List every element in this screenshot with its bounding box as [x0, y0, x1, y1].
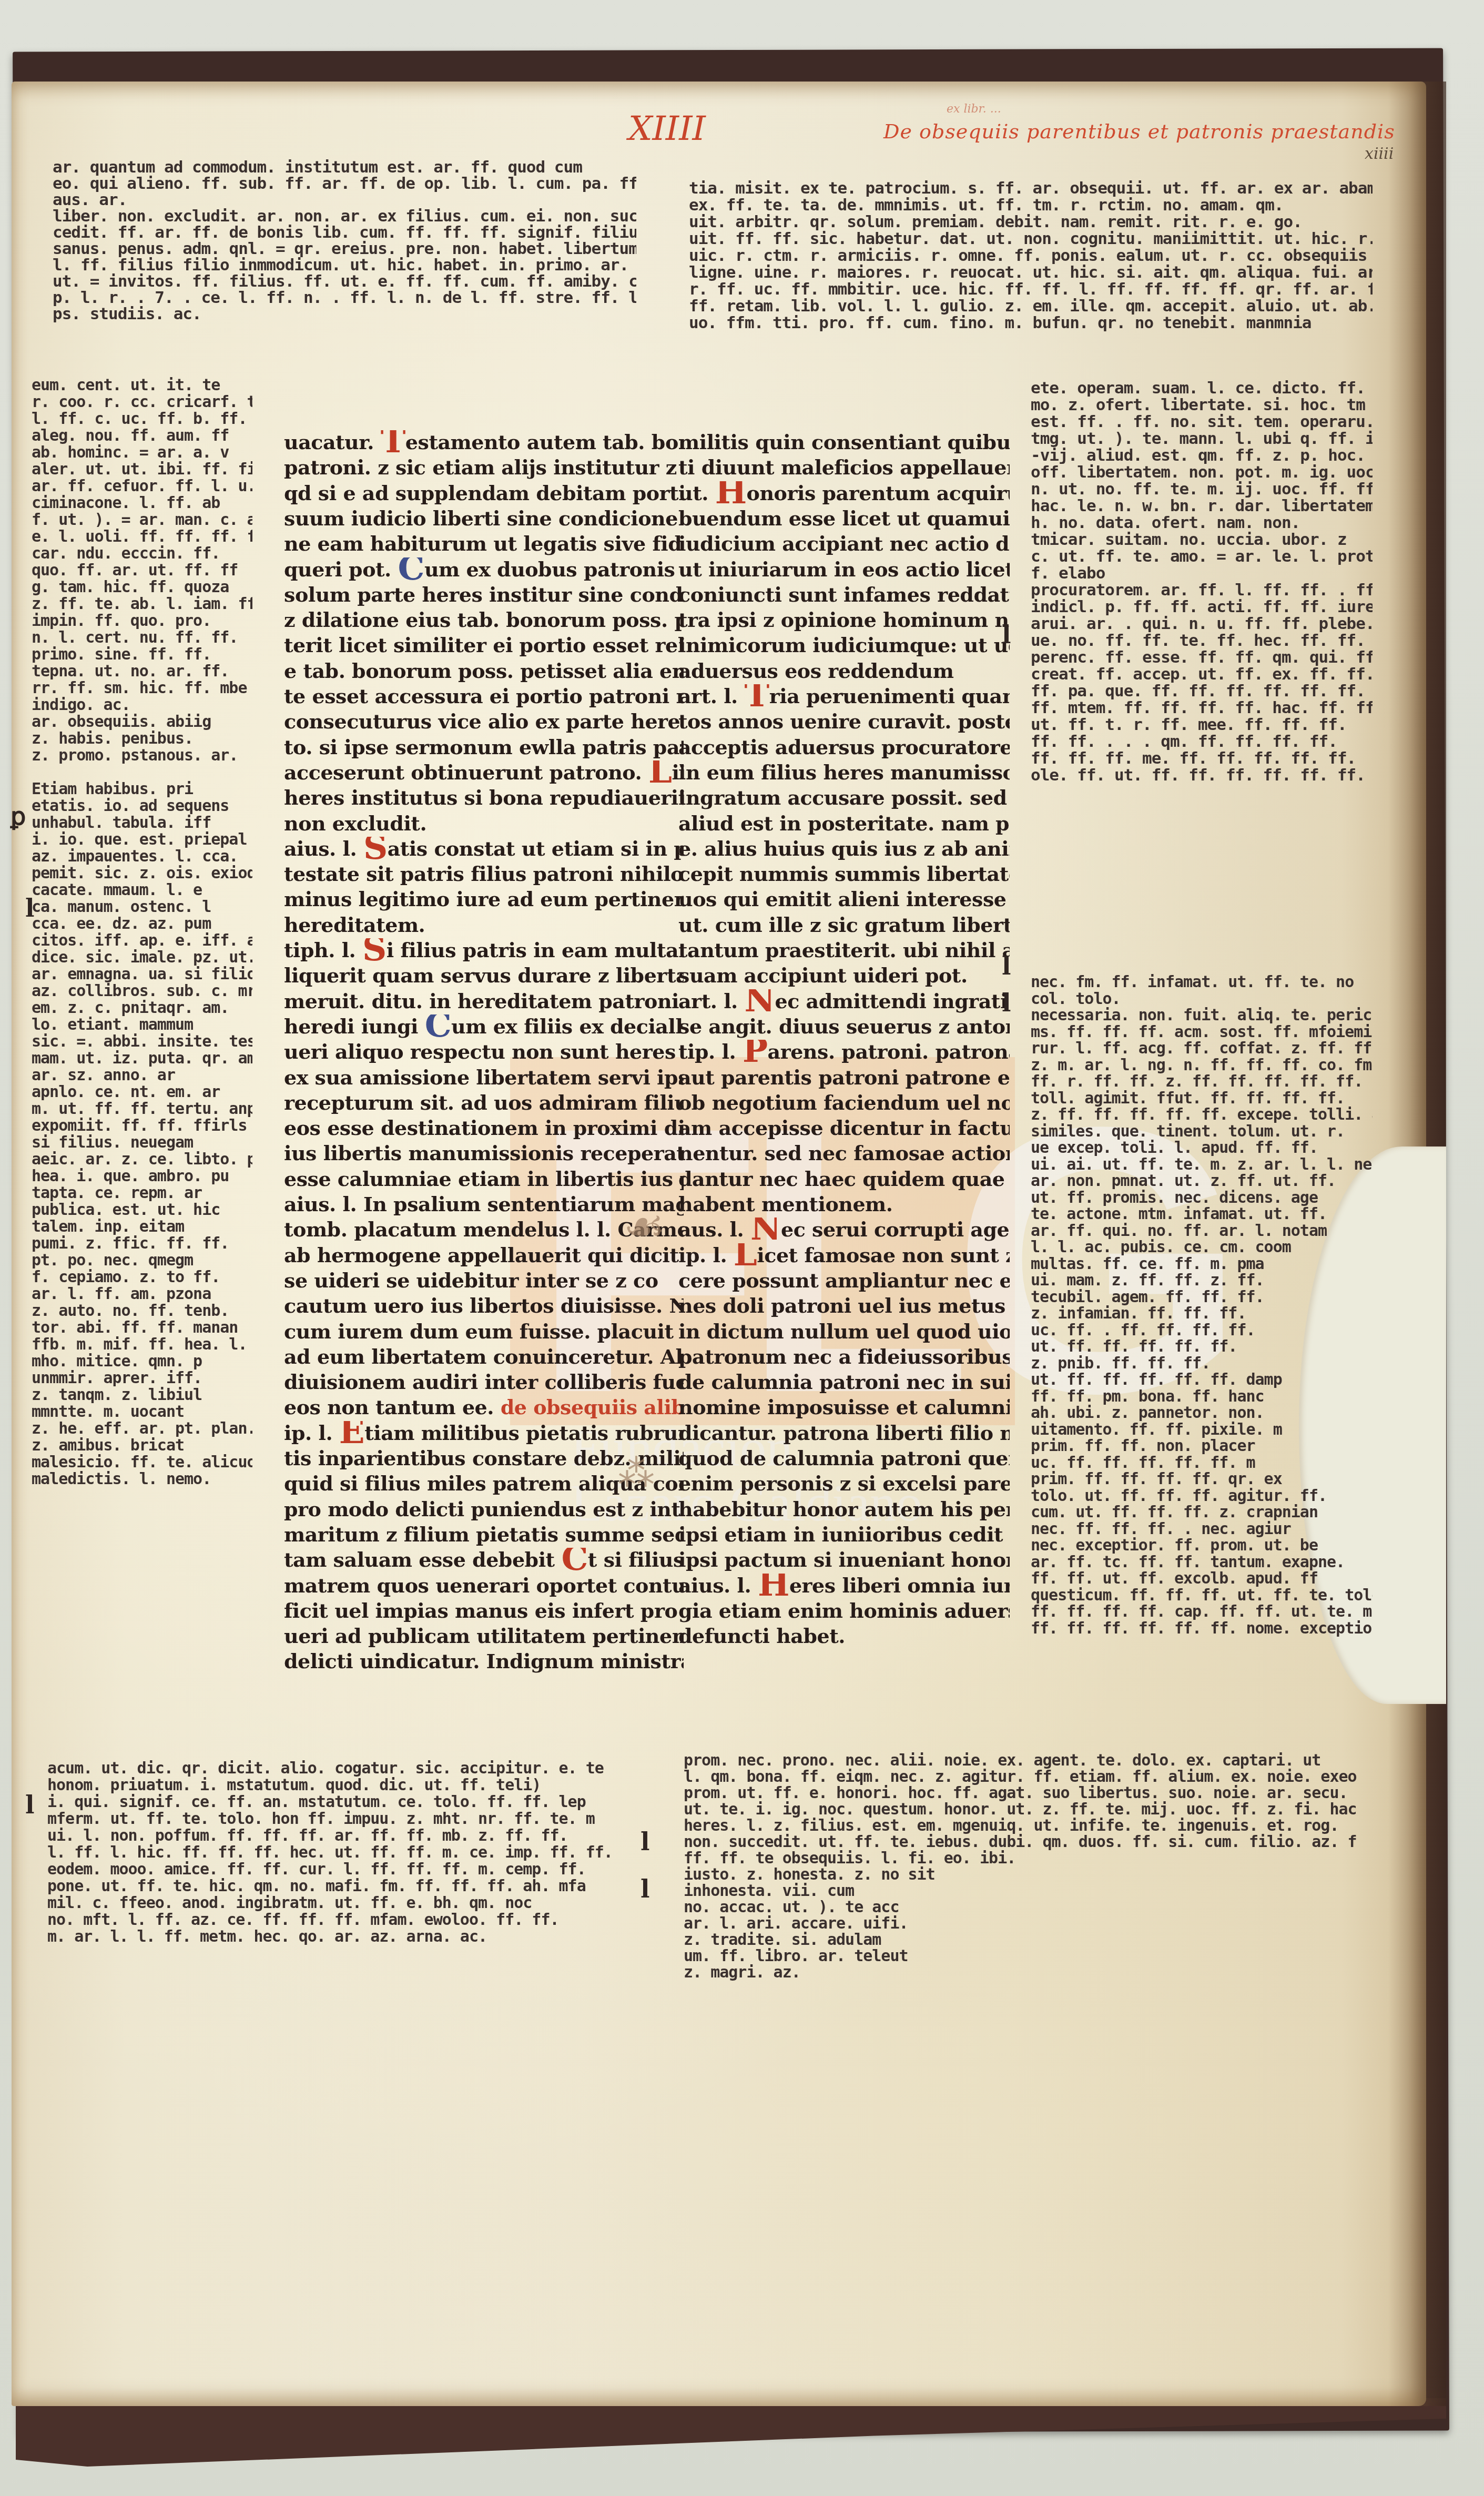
text-span: acceserunt obtinuerunt patrono.	[284, 760, 648, 784]
main-text-line: enim personis z si excelsi parentis etia…	[678, 1472, 1010, 1495]
allegation-reference: aius. l.	[678, 1574, 758, 1597]
gloss-line: z. amibus. bricat	[32, 1436, 252, 1455]
gloss-line: ff. ff. ff. ff. cap. ff. ff. ut. te. m	[1031, 1602, 1373, 1621]
text-span: queri pot.	[284, 557, 398, 581]
main-text-line: consecuturus vice alio ex parte heres in…	[284, 709, 684, 733]
main-text-line: aius. l. Heres liberi omnia iura iniuri	[678, 1574, 1010, 1597]
text-span: minus legitimo iure ad eum pertinere	[284, 887, 684, 911]
main-text-line: eos non tantum ee. de obsequiis alibi z …	[284, 1395, 684, 1419]
gloss-line: si filius. neuegam	[32, 1133, 252, 1152]
text-span: icet famosae non sunt z inquantum fa	[757, 1243, 1010, 1267]
gloss-line: tolo. ut. ff. ff. ff. agitur. ff.	[1031, 1487, 1373, 1505]
gloss-line: z. infamian. ff. ff. ff.	[1031, 1304, 1373, 1323]
main-text-line: nentur. sed nec famosae actiones aduersu…	[678, 1141, 1010, 1165]
main-text-line: acceptis aduersus procuratorem manumitti…	[678, 735, 1010, 759]
gloss-line: cacate. mmaum. l. e	[32, 881, 252, 899]
gloss-line: tmicar. suitam. no. uccia. ubor. z	[1031, 530, 1373, 549]
text-span: in dictum nullum uel quod uiolenter clam	[678, 1320, 1010, 1343]
main-text-line: patronum nec a fideiussoribus uel iurand…	[678, 1345, 1010, 1368]
main-text-line: ut iniuriarum in eos actio licet enim ub…	[678, 557, 1010, 581]
text-span: consecuturus vice alio ex parte heres in…	[284, 709, 684, 733]
text-span: aut parentis patroni patrone et neque si	[678, 1066, 1010, 1089]
gloss-line: pumi. z. ffic. ff. ff.	[32, 1234, 252, 1253]
gloss-line: um. ff. libro. ar. teleut	[684, 1947, 1357, 1965]
gloss-line: prom. nec. prono. nec. alii. noie. ex. a…	[684, 1751, 1357, 1770]
gloss-line: g. tam. hic. ff. quoza	[32, 578, 252, 596]
gloss-line: ff. retam. lib. vol. l. l. gulio. z. em.…	[689, 297, 1373, 316]
main-text-line: meruit. ditu. in hereditatem patroni fil…	[284, 989, 684, 1013]
text-span: solum parte heres institur sine conditio…	[284, 583, 684, 606]
gloss-line: cca. ee. dz. az. pum	[32, 915, 252, 933]
gloss-line: uc. ff. ff. ff. ff. ff. m	[1031, 1454, 1373, 1472]
main-text-line: ip. l. Licet famosae non sunt z inquantu…	[678, 1243, 1010, 1267]
gloss-line: n. l. cert. nu. ff. ff.	[32, 628, 252, 647]
text-span: tiam militibus pietatis rubrum z pa	[364, 1421, 684, 1445]
gloss-line: l. l. ac. pubis. ce. cm. coom	[1031, 1238, 1373, 1256]
gloss-line: maledictis. l. nemo.	[32, 1470, 252, 1488]
text-span: ec admittendi ingrati libertum	[775, 989, 1010, 1013]
decorated-initial-l: L	[648, 760, 672, 784]
gloss-line: ar. emnagna. ua. si filio	[32, 965, 252, 983]
gloss-line: necessaria. non. fuit. aliq. te. pericu	[1031, 1006, 1373, 1024]
main-text-line: dantur nec haec quidem quae doli uel fra…	[678, 1167, 1010, 1191]
decorated-initial-s: S	[363, 837, 388, 860]
main-text-line: aliud est in posteritate. nam plurimum	[678, 811, 1010, 835]
gloss-line: z. pnib. ff. ff. ff.	[1031, 1354, 1373, 1373]
text-span: arens. patroni. patrona. liberi ue.	[768, 1040, 1010, 1063]
gloss-line: arui. ar. . qui. n. u. ff. ff. plebe. ut…	[1031, 614, 1373, 633]
main-text-line: de calumnia patroni nec in suis tenet	[678, 1370, 1010, 1394]
gloss-line: nec. ff. ff. ff. . nec. agiur	[1031, 1520, 1373, 1538]
main-text-line: ueri aliquo respectu non sunt heres igno…	[284, 1040, 684, 1063]
allegation-reference: aius. l.	[284, 837, 363, 860]
gloss-line: est. ff. . ff. no. sit. tem. operaru. li…	[1031, 412, 1373, 431]
main-text-line: ficit uel impias manus eis infert pro fe…	[284, 1599, 684, 1622]
gloss-line: tia. misit. ex te. patrocium. s. ff. ar.…	[689, 179, 1373, 198]
gloss-line: tepna. ut. no. ar. ff.	[32, 662, 252, 681]
text-span: ria peruenimenti quamquam mul	[769, 684, 1010, 708]
text-span: non excludit.	[284, 811, 426, 835]
gloss-line: c. ut. ff. te. amo. = ar. le. l. proteat	[1031, 547, 1373, 566]
gloss-line: i. qui. signif. ce. ff. an. mstatutum. c…	[47, 1793, 636, 1811]
gloss-line: ciminacone. l. ff. ab	[32, 494, 252, 512]
main-text-line: ip. l. Etiam militibus pietatis rubrum z…	[284, 1421, 684, 1445]
text-span: dicantur. patrona liberti filio nisi aud…	[678, 1421, 1010, 1445]
main-text-line: ti diuunt maleficios appellauerit.	[678, 455, 1010, 479]
gloss-line: ms. ff. ff. ff. acm. sost. ff. mfoiemi	[1031, 1023, 1373, 1041]
decorated-initial-e: E	[339, 1421, 364, 1445]
text-span: buendum esse licet ut quamuis per patron…	[678, 506, 1010, 530]
gloss-line: ar. l. ari. accare. uifi.	[684, 1914, 1357, 1933]
text-span: eos esse destinationem in proximi dicere…	[284, 1116, 684, 1140]
gloss-line: uo. ffm. tti. pro. ff. cum. fino. m. buf…	[689, 313, 1373, 332]
gloss-line: z. tanqm. z. libiul	[32, 1386, 252, 1404]
text-span: terit licet similiter ei portio esset re…	[284, 633, 684, 657]
text-span: defuncti habet.	[678, 1624, 845, 1648]
text-span: suam accipiunt uideri pot.	[678, 963, 968, 987]
text-span: habebitur honor autem his personis habeb…	[678, 1497, 1010, 1521]
text-span: enim personis z si excelsi parentis etia…	[678, 1472, 1010, 1495]
main-text-line: ipsi etiam in iuniioribus cedit z si for…	[678, 1523, 1010, 1546]
text-span: esse calumniae etiam in libertis ius pat…	[284, 1167, 684, 1191]
gloss-line: r. ff. uc. ff. mmbitir. uce. hic. ff. ff…	[689, 280, 1373, 299]
gloss-line: az. collibros. sub. c. mr	[32, 982, 252, 1000]
text-span: inimicorum iudiciumque: ut uero ne	[678, 633, 1010, 657]
gloss-line: pemit. sic. z. ois. exiode	[32, 864, 252, 882]
text-span: e. alius huius quis ius z ab aniio es ac	[678, 837, 1010, 860]
gloss-line: l. ff. l. hic. ff. ff. ff. hec. ut. ff. …	[47, 1843, 636, 1862]
decorated-initial-h: H	[758, 1574, 789, 1597]
decorated-initial-n: N	[750, 1217, 781, 1241]
main-text-line: recepturum sit. ad uos admiram filius qu…	[284, 1091, 684, 1114]
gloss-line: f. cepiamo. z. to ff.	[32, 1268, 252, 1286]
running-header-annotation: ex libr. ...	[947, 103, 1001, 116]
gloss-line: ut. ff. ff. ff. ff. ff.	[1031, 1337, 1373, 1356]
main-text-line: nes doli patroni uel ius metus uel cui u…	[678, 1294, 1010, 1317]
main-text-line: maritum z filium pietatis summe sed inna…	[284, 1523, 684, 1546]
gloss-line: uic. r. ctm. r. armiciis. r. omne. ff. p…	[689, 246, 1373, 265]
main-text-line: suum iudicio liberti sine condicione z d…	[284, 506, 684, 530]
main-text-line: solum parte heres institur sine conditio…	[284, 583, 684, 606]
gloss-line: ff. ff. ut. ff. excolb. apud. ff	[1031, 1569, 1373, 1588]
main-text-line: aut parentis patroni patrone et neque si	[678, 1066, 1010, 1089]
gloss-line: uitamento. ff. ff. pixile. m	[1031, 1421, 1373, 1439]
gloss-line: unmmir. aprer. iff.	[32, 1369, 252, 1387]
text-span: to. si ipse sermonum ewlla patris patern…	[284, 735, 684, 759]
text-span: ut. cum ille z sic gratum libertatem	[678, 913, 1010, 937]
text-span: cautum uero ius libertos diuisisse. Null…	[284, 1294, 684, 1317]
allegation-reference: art. l.	[678, 989, 745, 1013]
gloss-line: f. ut. ). = ar. man. c. ai	[32, 511, 252, 529]
main-text-line: patroni. z sic etiam alijs institutur z …	[284, 455, 684, 479]
main-text-line: tos annos uenire curavit. posteaquam	[678, 709, 1010, 733]
main-text-line: tam saluam esse debebit Ct si filius pat…	[284, 1548, 684, 1571]
running-header-rubric: De obsequiis parentibus et patronis prae…	[883, 120, 1395, 143]
rubric-text: de obsequiis alibi z alibi	[501, 1395, 684, 1419]
main-text-line: te esset accessura ei portio patroni non…	[284, 684, 684, 708]
gloss-line: z. auto. no. ff. tenb.	[32, 1302, 252, 1320]
gloss-line: ffb. m. mif. ff. hea. l. ff.	[32, 1335, 252, 1354]
gloss-line: f. elabo	[1031, 564, 1373, 583]
text-span: pro modo delicti puniendus est z inter c…	[284, 1497, 684, 1521]
main-text-line: z dilatione eius tab. bonorum poss. pete…	[284, 608, 684, 632]
text-span: ne eam habiturum ut legatis sive fideico…	[284, 532, 684, 555]
main-text-line: uacatur. Testamento autem tab. bonorum p…	[284, 430, 684, 454]
text-span: tos annos uenire curavit. posteaquam	[678, 709, 1010, 733]
gloss-line: publica. est. ut. hic	[32, 1201, 252, 1219]
text-span: ob negotium faciendum uel non faciendum …	[678, 1091, 1010, 1114]
gloss-line: ff. ff. ff. ff. ff. ff. nome. exceptio.	[1031, 1619, 1373, 1638]
main-text-line: minus legitimo iure ad eum pertinere	[284, 887, 684, 911]
gloss-line: procuratorem. ar. ff. l. ff. ff. . ff. p…	[1031, 581, 1373, 600]
marginal-drawing-hand: ⁂	[618, 1452, 655, 1495]
main-text-line: eos esse destinationem in proximi dicere…	[284, 1116, 684, 1140]
gloss-line: ligne. uine. r. maiores. r. reuocat. ut.…	[689, 263, 1373, 282]
text-span: qd si e ad supplendam debitam portionem …	[284, 481, 684, 505]
gloss-line: Etiam habibus. pri	[32, 780, 252, 798]
gloss-line: ff. r. ff. ff. z. ff. ff. ff. ff. ff. ff…	[1031, 1072, 1373, 1091]
gloss-line: rur. l. ff. acg. ff. coffat. z. ff. ff. …	[1031, 1039, 1373, 1058]
allegation-reference: art. l.	[678, 684, 745, 708]
gloss-line: inhonesta. vii. cum	[684, 1882, 1357, 1900]
gloss-line: aleg. nou. ff. aum. ff	[32, 427, 252, 445]
gloss-line: pone. ut. ff. te. hic. qm. no. mafi. fm.…	[47, 1877, 636, 1895]
main-text-line: aus. l. Nec serui corrupti agetur.	[678, 1217, 1010, 1241]
decorated-initial-t: T	[745, 684, 769, 708]
paragraph-marker: l	[641, 1875, 649, 1903]
text-span: matrem quos uenerari oportet contumeliis…	[284, 1574, 684, 1597]
gloss-line: ole. ff. ut. ff. ff. ff. ff. ff. ff. ac.	[1031, 766, 1373, 785]
text-span: onoris parentum acquiruntur oportet	[747, 481, 1010, 505]
main-text-line: pro modo delicti puniendus est z inter c…	[284, 1497, 684, 1521]
gloss-line: ff. mtem. ff. ff. ff. ff. hac. ff. ff.	[1031, 698, 1373, 717]
gloss-line: quo. ff. ar. ut. ff. ff	[32, 561, 252, 580]
text-span: am accepisse dicentur in factum actione …	[678, 1116, 1010, 1140]
gloss-line: ar. ff. cefuor. ff. l. u.	[32, 477, 252, 495]
text-span: ab hermogene appellauerit qui dicit	[284, 1243, 679, 1267]
text-span: i filius patris in eam multam re	[387, 938, 684, 962]
main-text-line: se angit. diuus seuerus z anton. rescrip…	[678, 1014, 1010, 1038]
main-text-line: hereditatem.	[284, 913, 684, 937]
text-span: patronum nec a fideiussoribus uel iurand…	[678, 1345, 1010, 1368]
text-span: heredi iungi	[284, 1014, 425, 1038]
main-text-line: in eum filius heres manumissoris	[678, 760, 1010, 784]
gloss-line: malesicio. ff. te. alicuo	[32, 1453, 252, 1472]
gloss-line: off. libertatem. non. pot. m. ig. uoci	[1031, 463, 1373, 482]
gloss-line: l. qm. bona. ff. eiqm. nec. z. agitur. f…	[684, 1768, 1357, 1786]
main-text-line: iudicium accipiant nec actio de dolo. m.	[678, 532, 1010, 555]
text-span: ad eum libertatem conuinceretur. Aliter …	[284, 1345, 684, 1368]
gloss-line: ar. l. ff. am. pzona	[32, 1285, 252, 1303]
main-text-line: acceserunt obtinuerunt patrono. Liberti …	[284, 760, 684, 784]
main-text-line: art. l. Tria peruenimenti quamquam mul	[678, 684, 1010, 708]
gloss-line: ut. ff. t. r. ff. mee. ff. ff. ff.	[1031, 715, 1373, 734]
text-span: uacatur.	[284, 430, 381, 454]
gloss-line: apnlo. ce. nt. em. ar	[32, 1083, 252, 1101]
gloss-line: mam. ut. iz. puta. qr. am	[32, 1049, 252, 1068]
decorated-initial-t: T	[381, 430, 405, 454]
text-span: cum iurem dum eum fuisse. placuit enim u…	[284, 1320, 684, 1343]
gloss-line: te. actone. mtm. infamat. ut. ff.	[1031, 1205, 1373, 1223]
text-span: eos non tantum ee.	[284, 1395, 501, 1419]
main-text-line: delicti uindicatur. Indignum ministra ui…	[284, 1649, 684, 1673]
gloss-line: questicum. ff. ff. ff. ut. ff. te. tolo	[1031, 1586, 1373, 1605]
gloss-line: citos. iff. ap. e. iff. am	[32, 931, 252, 950]
gloss-line: m. ar. l. l. ff. metm. hec. qo. ar. az. …	[47, 1927, 636, 1946]
gloss-line: az. impauentes. l. cca.	[32, 847, 252, 866]
text-span: testate sit patris filius patroni nihilo	[284, 862, 684, 886]
paragraph-marker: l	[641, 1828, 649, 1856]
gloss-line: ar. non. pmnat. ut. z. ff. ut. ff.	[1031, 1172, 1373, 1190]
text-span: nes doli patroni uel ius metus uel cui u…	[678, 1294, 1010, 1317]
gloss-line: perenc. ff. esse. ff. ff. qm. qui. ff. t…	[1031, 648, 1373, 667]
gloss-line: r. coo. r. cc. cricarf. tr.	[32, 393, 252, 411]
decorated-initial-s: S	[362, 938, 387, 962]
text-span: te esset accessura ei portio patroni non…	[284, 684, 684, 708]
paragraph-marker: l	[25, 1791, 34, 1819]
text-span: nentur. sed nec famosae actiones aduersu…	[678, 1141, 1010, 1165]
gloss-line: z. tradite. si. adulam	[684, 1931, 1357, 1949]
main-text-line: ob negotium faciendum uel non faciendum …	[678, 1091, 1010, 1114]
gloss-line: heres. l. z. filius. est. em. mgenuiq. u…	[684, 1817, 1357, 1835]
text-span: recepturum sit. ad uos admiram filius qu…	[284, 1091, 684, 1114]
gloss-line: eum. cent. ut. it. te	[32, 376, 252, 394]
paragraph-marker: l	[25, 894, 34, 922]
gloss-line: ut. ff. promis. nec. dicens. age	[1031, 1189, 1373, 1207]
text-span: tam saluam esse debebit	[284, 1548, 561, 1571]
allegation-reference: aus. l.	[678, 1217, 750, 1241]
text-span: uos qui emitit alieni interesse eius oue	[678, 887, 1010, 911]
main-text-line: se uideri se uidebitur inter se z co	[284, 1269, 684, 1292]
gloss-line: impin. ff. quo. pro.	[32, 612, 252, 630]
text-span: ut iniuriarum in eos actio licet enim ub…	[678, 557, 1010, 581]
text-span: iudicium accipiant nec actio de dolo. m.	[678, 532, 1010, 555]
gloss-line: creat. ff. accep. ut. ff. ex. ff. ff. ff…	[1031, 665, 1373, 684]
gloss-line: multas. ff. ce. ff. m. pma	[1031, 1255, 1373, 1273]
gloss-line: -vij. aliud. est. qm. ff. z. p. hoc. qr	[1031, 446, 1373, 465]
text-span: aduersus eos reddendum	[678, 659, 953, 683]
text-span: cepit nummis summis libertatem. an alter…	[678, 862, 1010, 886]
gloss-line: ar. ff. tc. ff. ff. tantum. exapne.	[1031, 1553, 1373, 1571]
gloss-line: z. ff. ff. ff. ff. ff. excepe. tolli. af	[1031, 1105, 1373, 1124]
gloss-line: sic. =. abbi. insite. tes	[32, 1032, 252, 1051]
text-span: z dilatione eius tab. bonorum poss. pete…	[284, 608, 684, 632]
main-text-line: cere possunt ampliantur nec exceptio	[678, 1269, 1010, 1292]
gloss-line: ff. pa. que. ff. ff. ff. ff. ff. ff. ff.…	[1031, 682, 1373, 701]
main-text-line: qd si e ad supplendam debitam portionem …	[284, 481, 684, 505]
gloss-line: ff. ff. pm. bona. ff. hanc	[1031, 1387, 1373, 1406]
gloss-line: uc. ff. . ff. ff. ff. ff.	[1031, 1321, 1373, 1340]
main-text-line: ut. Honoris parentum acquiruntur oportet	[678, 481, 1010, 505]
gloss-line: tmg. ut. ). te. mann. l. ubi q. ff. inic	[1031, 429, 1373, 448]
decorated-initial-n: N	[745, 989, 775, 1013]
main-text-line: suam accipiunt uideri pot.	[678, 963, 1010, 987]
gloss-line: nec. exceptior. ff. prom. ut. be	[1031, 1536, 1373, 1555]
gloss-line: ff. ff. te obsequiis. l. fi. eo. ibi.	[684, 1849, 1357, 1868]
main-text-line: ueri ad publicam utilitatem pertinens pr…	[284, 1624, 684, 1648]
text-span: cere possunt ampliantur nec exceptio	[678, 1269, 1010, 1292]
text-span: e tab. bonorum poss. petisset alia enim …	[284, 659, 684, 683]
gloss-line: col. tolo.	[1031, 990, 1373, 1008]
gloss-line: h. no. data. ofert. nam. non.	[1031, 513, 1373, 532]
gloss-line: ff. ff. ff. me. ff. ff. ff. ff. ff.	[1031, 749, 1373, 768]
text-span: eres liberi omnia iura iniuri	[789, 1574, 1010, 1597]
text-span: ti diuunt maleficios appellauerit.	[678, 455, 1010, 479]
text-span: ficit uel impias manus eis infert pro fe…	[284, 1599, 684, 1622]
text-span: nomine imposuisse et calumniae ipsi null…	[678, 1395, 1010, 1419]
gloss-line: pt. po. nec. qmegm	[32, 1251, 252, 1270]
folio-number: XIIII	[628, 109, 706, 148]
text-span: ex sua amissione libertatem servi ipsi p…	[284, 1066, 684, 1089]
paragraph-marker: l	[1002, 621, 1011, 649]
gloss-line: primo. sine. ff. ff.	[32, 645, 252, 664]
gloss-line: honom. priuatum. i. mstatutum. quod. dic…	[47, 1776, 636, 1794]
text-span: meruit. ditu. in hereditatem patroni fil…	[284, 989, 684, 1013]
text-span: atis constat ut etiam si in po	[388, 837, 684, 860]
gloss-line: ui. l. non. poffum. ff. ff. ff. ar. ff. …	[47, 1827, 636, 1845]
gloss-line: eodem. mooo. amice. ff. ff. cur. l. ff. …	[47, 1860, 636, 1879]
main-text-line: art. l. Nec admittendi ingrati libertum	[678, 989, 1010, 1013]
text-span: tis	[284, 1446, 318, 1470]
gloss-line: tapta. ce. repm. ar	[32, 1184, 252, 1202]
text-span: ueri aliquo respectu non sunt heres igno…	[284, 1040, 684, 1063]
gloss-line: similes. que. tinent. tolum. ut. r.	[1031, 1122, 1373, 1141]
main-text-line: terit licet similiter ei portio esset re…	[284, 633, 684, 657]
gloss-line: ps. studiis. ac.	[53, 305, 636, 323]
text-span: tantum praestiterit. ubi nihil amplius q…	[678, 938, 1010, 962]
text-span: se uideri se uidebitur inter se z co	[284, 1269, 658, 1292]
text-span: gia etiam enim hominis aduersus patronum	[678, 1599, 1010, 1622]
gloss-line: dice. sic. imale. pz. ut. e	[32, 948, 252, 967]
gloss-line: aler. ut. ut. ibi. ff. fi	[32, 460, 252, 479]
gloss-line: ah. ubi. z. pannetor. non.	[1031, 1404, 1373, 1422]
main-text-line: habebitur honor autem his personis habeb…	[678, 1497, 1010, 1521]
gloss-line: ar. sz. anno. ar	[32, 1066, 252, 1084]
main-text-line: ius libertis manumissionis receperatur	[284, 1141, 684, 1165]
main-text-line: matrem quos uenerari oportet contumeliis…	[284, 1574, 684, 1597]
main-text-line: ipsi pactum si inueniant honor habebitur…	[678, 1548, 1010, 1571]
main-text-line: ingratum accusare possit. sed scilicet	[678, 786, 1010, 809]
gloss-line: z. he. eff. ar. pt. plan. ff.	[32, 1419, 252, 1438]
gloss-line: mferm. ut. ff. te. tolo. hon ff. impuu. …	[47, 1810, 636, 1828]
gloss-line: z. ff. te. ab. l. iam. ff.	[32, 595, 252, 613]
main-text-line: in dictum nullum uel quod uiolenter clam	[678, 1320, 1010, 1343]
allegation-reference: tip. l.	[678, 1040, 743, 1063]
text-span: se angit. diuus seuerus z anton. rescrip…	[678, 1014, 1010, 1038]
gloss-line: car. ndu. ecccin. ff.	[32, 544, 252, 563]
main-text-line: quod de calumnia patroni quem in eodem. …	[678, 1446, 1010, 1470]
main-text-line: testate sit patris filius patroni nihilo	[284, 862, 684, 886]
gloss-line: ui. mam. z. ff. ff. z. ff.	[1031, 1271, 1373, 1290]
gloss-line: ar. obsequiis. abiig	[32, 713, 252, 731]
text-span: de calumnia patroni nec in suis tenet	[678, 1370, 1010, 1394]
gloss-line: expomiit. ff. ff. ffirls	[32, 1117, 252, 1135]
text-span: t si filius patronum z	[588, 1548, 684, 1571]
gloss-line: non. succedit. ut. ff. te. iebus. dubi. …	[684, 1833, 1357, 1851]
gloss-line: z. promo. pstanous. ar.	[32, 746, 252, 765]
text-span: liquerit quam servus durare z libertatem	[284, 963, 684, 987]
text-span: delicti uindicatur. Indignum ministra ui…	[284, 1649, 684, 1673]
main-text-line: e. alius huius quis ius z ab aniio es ac	[678, 837, 1010, 860]
main-text-line: non excludit.	[284, 811, 684, 835]
gloss-line: indigo. ac.	[32, 696, 252, 714]
gloss-line: talem. inp. eitam	[32, 1217, 252, 1236]
text-span: habent mentionem.	[678, 1192, 893, 1216]
decorated-initial-l: L	[734, 1243, 757, 1267]
gloss-line: ui. ai. ut. ff. te. m. z. ar. l. l. ne	[1031, 1155, 1373, 1174]
gloss-line: ff. ff. . . . qm. ff. ff. ff. ff.	[1031, 732, 1373, 751]
main-text-line: tip. l. Parens. patroni. patrona. liberi…	[678, 1040, 1010, 1063]
gloss-line: aeic. ar. z. ce. libto. pub	[32, 1150, 252, 1169]
text-span: heres institutus si bona repudiauerit pa…	[284, 786, 684, 809]
main-text-line: cum iurem dum eum fuisse. placuit enim u…	[284, 1320, 684, 1343]
folio-number-margin: xiiii	[1365, 145, 1394, 163]
gloss-line: l. ff. c. uc. ff. b. ff. ib. ff. fo	[32, 410, 252, 428]
main-text-line: heres institutus si bona repudiauerit pa…	[284, 786, 684, 809]
main-text-line: habent mentionem.	[678, 1192, 1010, 1216]
paragraph-marker: l	[1002, 989, 1011, 1017]
decorated-initial-c: C	[398, 557, 424, 581]
gloss-line: tecubil. agem. ff. ff. ff.	[1031, 1288, 1373, 1306]
main-text-line: tantum praestiterit. ubi nihil amplius q…	[678, 938, 1010, 962]
main-text-line: ad eum libertatem conuinceretur. Aliter …	[284, 1345, 684, 1368]
gloss-line: prom. ut. ff. e. honori. hoc. ff. agat. …	[684, 1784, 1357, 1802]
gloss-line: acum. ut. dic. qr. dicit. alio. cogatur.…	[47, 1759, 636, 1778]
main-text-line: defuncti habet.	[678, 1624, 1010, 1648]
gloss-line: z. magri. az.	[684, 1963, 1357, 1982]
decorated-initial-h: H	[715, 481, 747, 505]
gloss-line: tor. abi. ff. ff. manan	[32, 1318, 252, 1337]
